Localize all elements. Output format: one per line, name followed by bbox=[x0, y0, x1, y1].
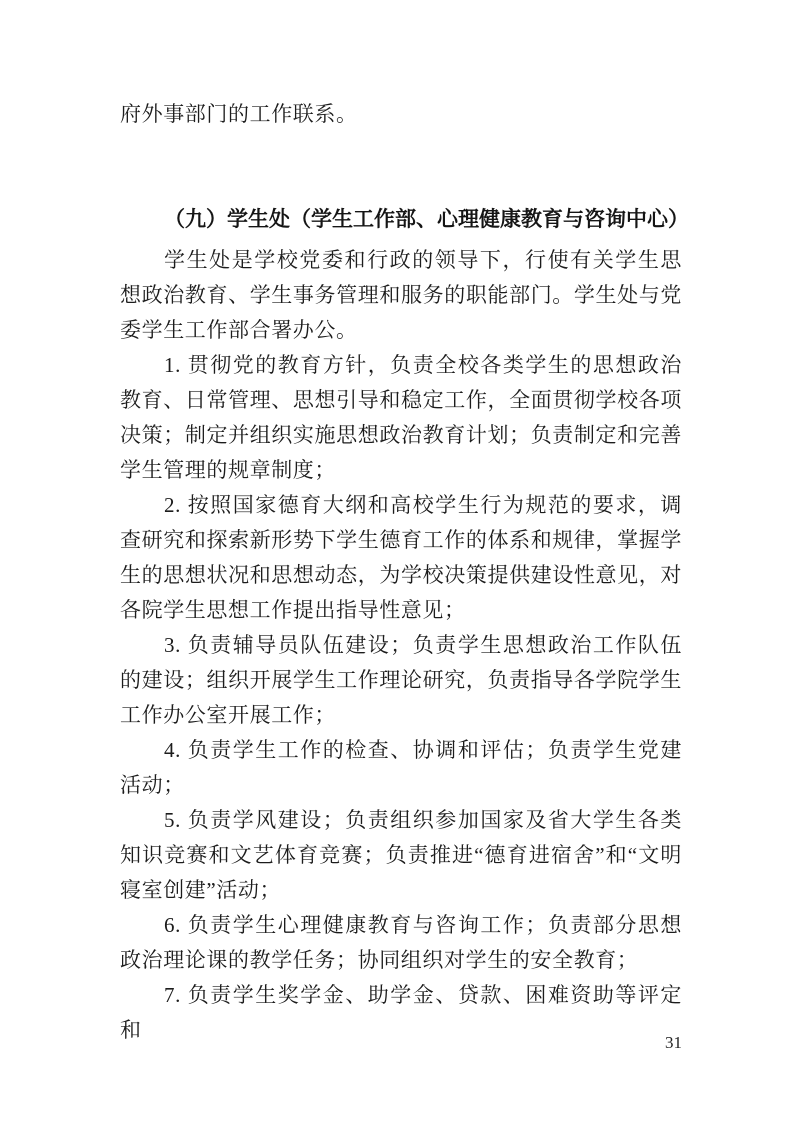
page-number: 31 bbox=[0, 1032, 682, 1054]
previous-section-closing-line: 府外事部门的工作联系。 bbox=[120, 97, 682, 132]
duty-item: 3. 负责辅导员队伍建设；负责学生思想政治工作队伍的建设；组织开展学生工作理论研… bbox=[120, 628, 682, 733]
document-page: 府外事部门的工作联系。 （九）学生处（学生工作部、心理健康教育与咨询中心） 学生… bbox=[0, 0, 799, 1131]
section-heading: （九）学生处（学生工作部、心理健康教育与咨询中心） bbox=[120, 202, 682, 237]
duty-item: 6. 负责学生心理健康教育与咨询工作；负责部分思想政治理论课的教学任务；协同组织… bbox=[120, 908, 682, 978]
duty-item: 2. 按照国家德育大纲和高校学生行为规范的要求，调查研究和探索新形势下学生德育工… bbox=[120, 488, 682, 628]
section-intro-paragraph: 学生处是学校党委和行政的领导下，行使有关学生思想政治教育、学生事务管理和服务的职… bbox=[120, 243, 682, 348]
duty-item: 5. 负责学风建设；负责组织参加国家及省大学生各类知识竞赛和文艺体育竞赛；负责推… bbox=[120, 803, 682, 908]
page-body-text: 府外事部门的工作联系。 （九）学生处（学生工作部、心理健康教育与咨询中心） 学生… bbox=[120, 97, 682, 1048]
duty-item: 1. 贯彻党的教育方针，负责全校各类学生的思想政治教育、日常管理、思想引导和稳定… bbox=[120, 348, 682, 488]
duty-item: 4. 负责学生工作的检查、协调和评估；负责学生党建活动； bbox=[120, 733, 682, 803]
